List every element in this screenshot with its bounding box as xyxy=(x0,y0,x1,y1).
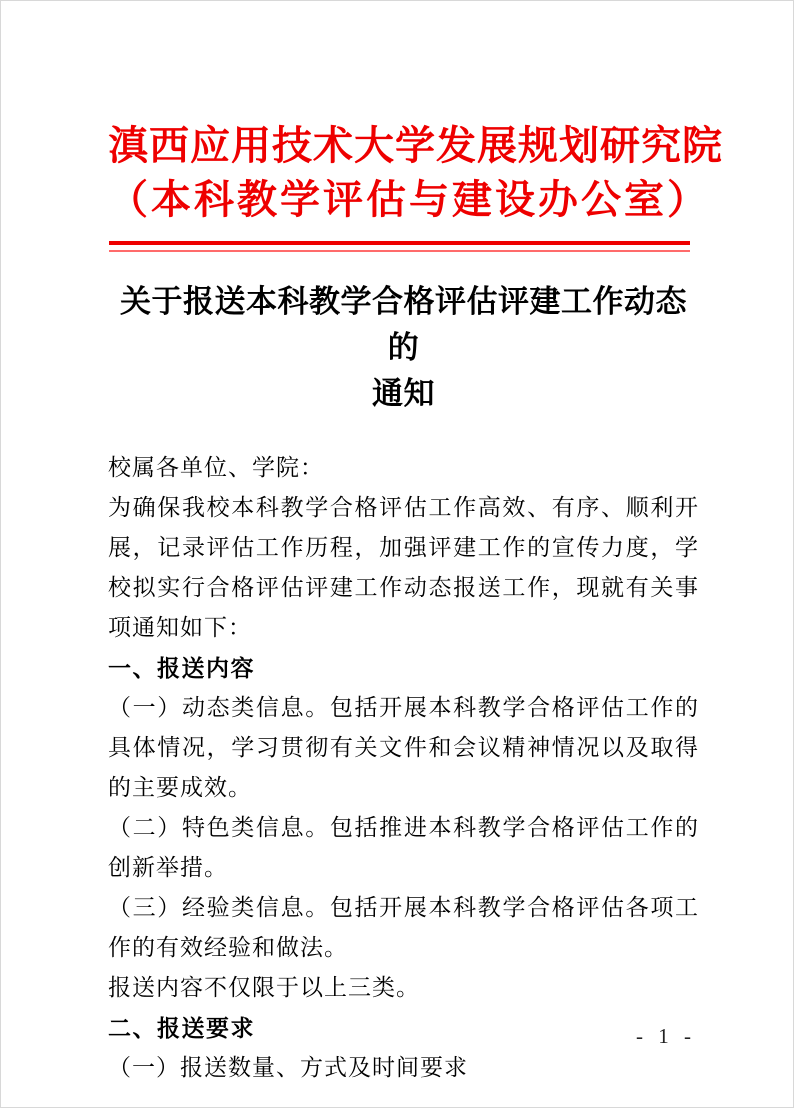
section2-heading: 二、报送要求 xyxy=(108,1008,699,1048)
document-title: 关于报送本科教学合格评估评建工作动态的 通知 xyxy=(108,279,699,417)
section1-item-2-label: （二）特色类信息。 xyxy=(108,815,330,841)
salutation: 校属各单位、学院： xyxy=(108,448,699,488)
letterhead-rule-thin xyxy=(109,250,690,252)
section1-item-3: （三）经验类信息。包括开展本科教学合格评估各项工作的有效经验和做法。 xyxy=(108,888,699,968)
letterhead-office-name: （本科教学评估与建设办公室） xyxy=(108,173,699,227)
letterhead-org-name: 滇西应用技术大学发展规划研究院 xyxy=(108,119,699,173)
section2-sub-heading: （一）报送数量、方式及时间要求 xyxy=(108,1048,699,1088)
section1-heading: 一、报送内容 xyxy=(108,648,699,688)
document-title-line2: 通知 xyxy=(108,371,699,417)
letterhead: 滇西应用技术大学发展规划研究院 （本科教学评估与建设办公室） xyxy=(108,119,699,227)
letterhead-rule xyxy=(109,241,690,252)
section1-note: 报送内容不仅限于以上三类。 xyxy=(108,968,699,1008)
section1-item-1: （一）动态类信息。包括开展本科教学合格评估工作的具体情况，学习贯彻有关文件和会议… xyxy=(108,688,699,808)
letterhead-rule-thick xyxy=(109,241,690,245)
document-title-line1: 关于报送本科教学合格评估评建工作动态的 xyxy=(108,279,699,371)
section1-item-2: （二）特色类信息。包括推进本科教学合格评估工作的创新举措。 xyxy=(108,808,699,888)
section1-item-3-label: （三）经验类信息。 xyxy=(108,895,330,921)
document-page: 滇西应用技术大学发展规划研究院 （本科教学评估与建设办公室） 关于报送本科教学合… xyxy=(0,0,794,1108)
page-number: - 1 - xyxy=(636,1024,696,1049)
section1-item-1-label: （一）动态类信息。 xyxy=(108,695,330,721)
document-body: 校属各单位、学院： 为确保我校本科教学合格评估工作高效、有序、顺利开展，记录评估… xyxy=(108,448,699,1088)
intro-paragraph: 为确保我校本科教学合格评估工作高效、有序、顺利开展，记录评估工作历程，加强评建工… xyxy=(108,488,699,648)
